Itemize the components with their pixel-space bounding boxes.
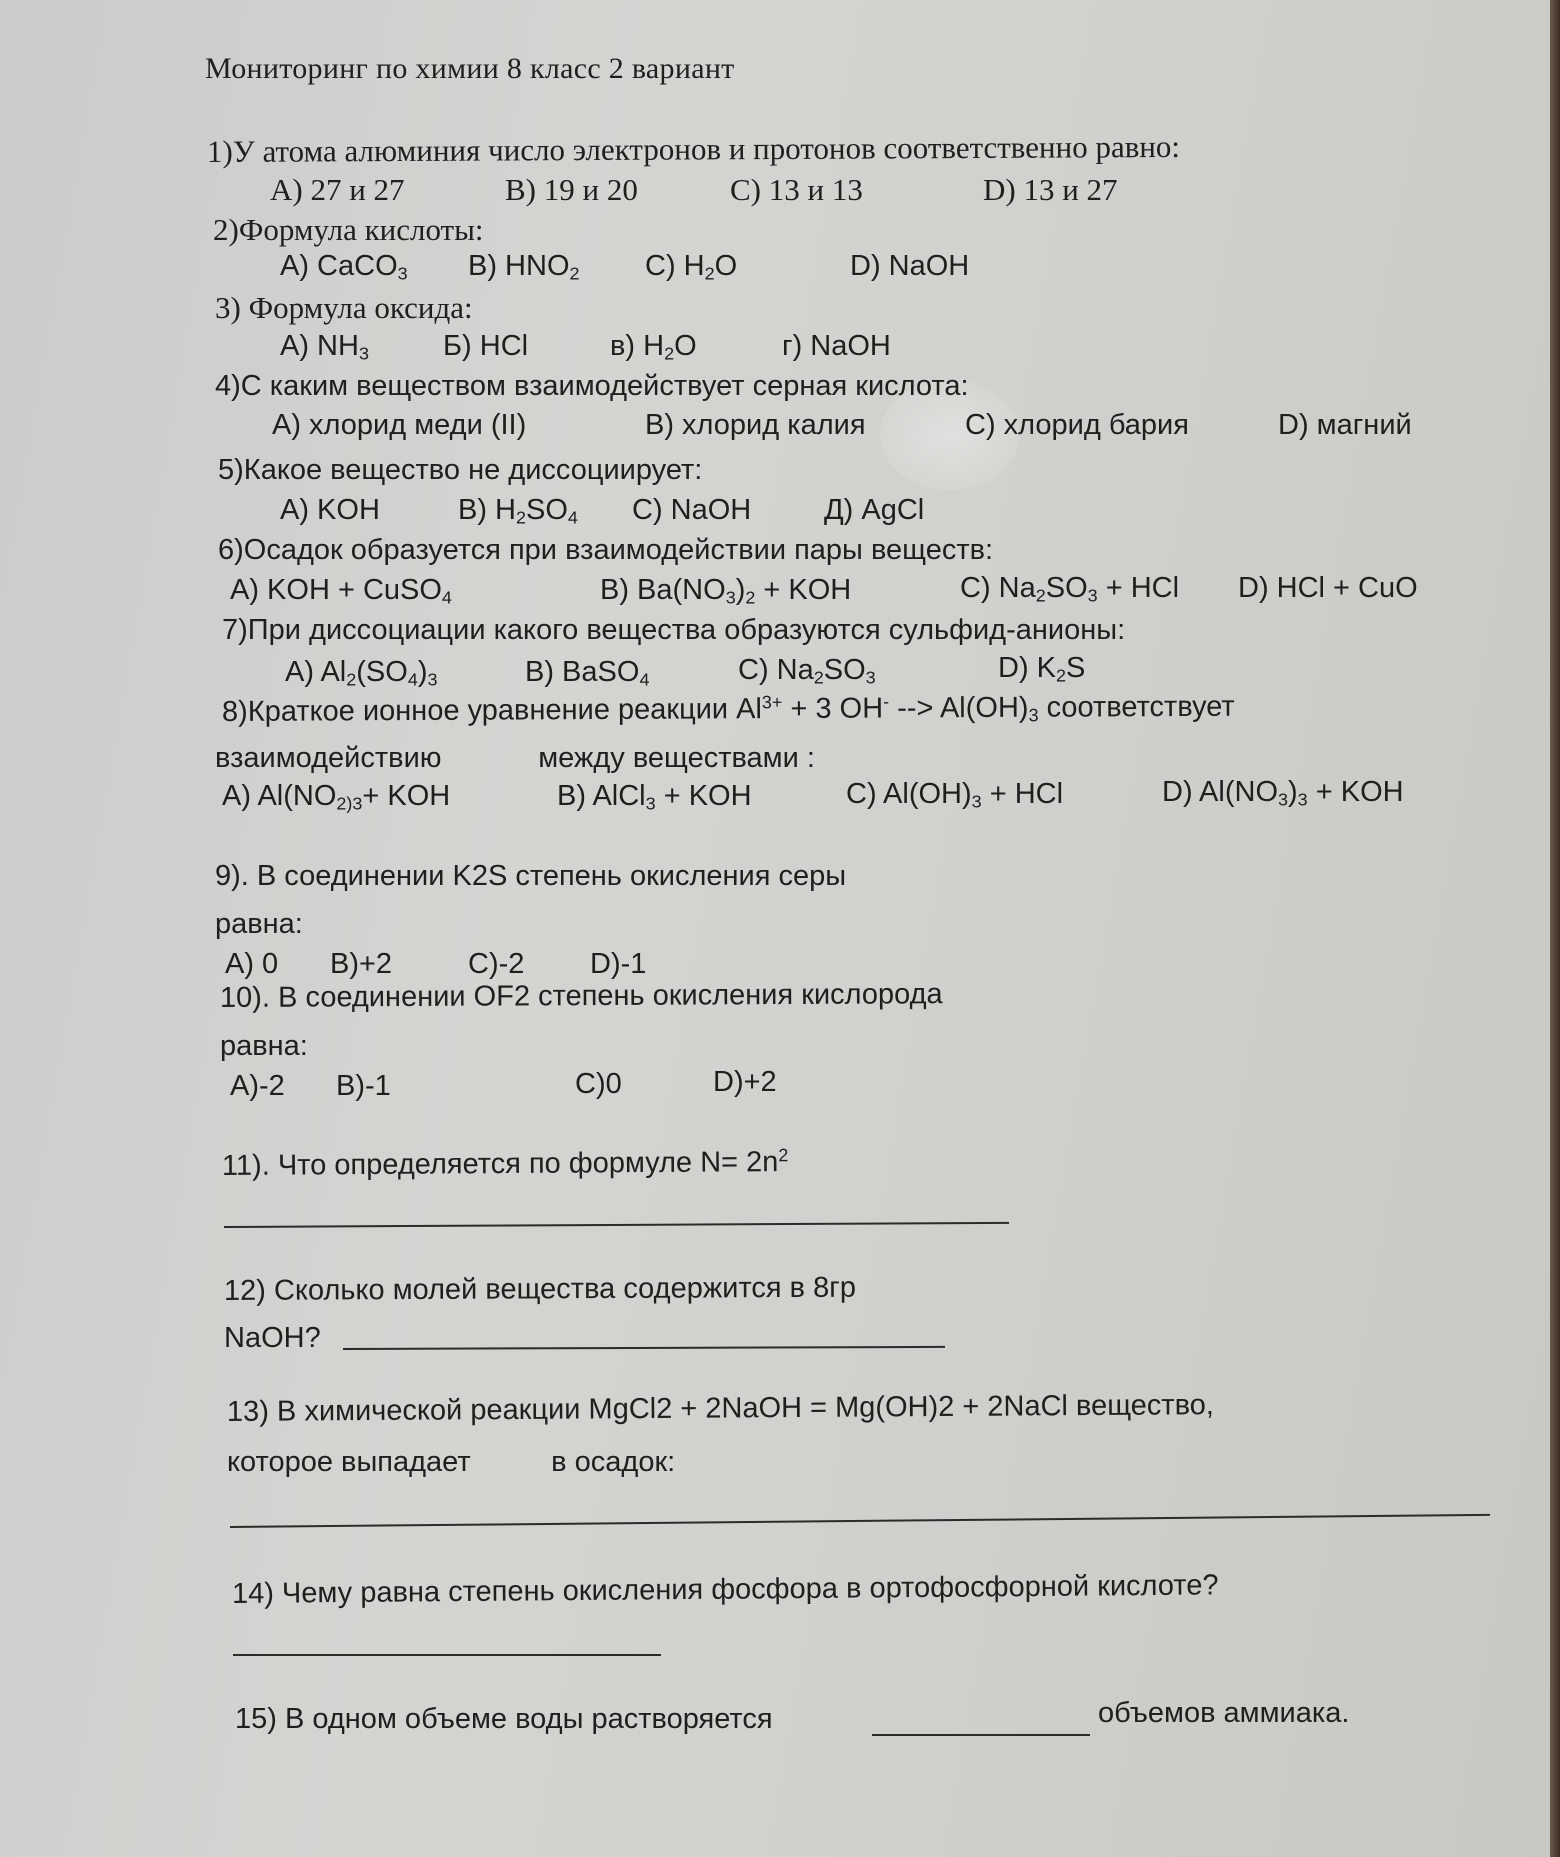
question-number: 6) <box>218 534 244 566</box>
question-13-line2: которое выпадает в осадок: <box>227 1446 675 1479</box>
answer-blank-11[interactable] <box>224 1222 1009 1228</box>
question-number: 9). <box>215 860 249 892</box>
question-text: В химической реакции MgCl2 + 2NaOH = Mg(… <box>277 1389 1214 1428</box>
question-number: 4) <box>215 370 241 402</box>
question-7: 7)При диссоциации какого вещества образу… <box>222 614 1125 647</box>
table-edge <box>1550 0 1560 1857</box>
option-a[interactable]: A) хлорид меди (II) <box>272 409 526 442</box>
question-number: 10). <box>220 982 270 1014</box>
option-c[interactable]: C) Na2SO3 <box>738 654 876 687</box>
option-c[interactable]: C) 13 и 13 <box>730 172 863 208</box>
question-12-line2: NaOH? <box>224 1322 321 1355</box>
question-3: 3) Формула оксида: <box>215 290 473 326</box>
question-text: В соединении K2S степень окисления серы <box>257 860 846 892</box>
option-a[interactable]: A) Al(NO2)3+ KOH <box>222 780 450 813</box>
question-12: 12) Сколько молей вещества содержится в … <box>224 1272 856 1308</box>
option-c[interactable]: C) Na2SO3 + HCl <box>960 572 1179 605</box>
question-text: Формула кислоты: <box>239 212 484 247</box>
option-b[interactable]: Б) HCl <box>443 330 528 363</box>
question-number: 13) <box>227 1396 269 1428</box>
option-b[interactable]: B) HNO2 <box>468 250 580 283</box>
question-text: При диссоциации какого вещества образуют… <box>248 614 1125 646</box>
question-number: 14) <box>232 1578 274 1610</box>
option-b[interactable]: B)-1 <box>336 1070 391 1103</box>
option-b[interactable]: B) AlCl3 + KOH <box>557 780 752 813</box>
option-c[interactable]: C)-2 <box>468 948 524 981</box>
question-1: 1)У атома алюминия число электронов и пр… <box>207 129 1180 170</box>
answer-blank-12[interactable] <box>343 1346 945 1350</box>
option-b[interactable]: B) хлорид калия <box>645 409 866 442</box>
question-11: 11). Что определяется по формуле N= 2n2 <box>222 1146 789 1183</box>
question-text: У атома алюминия число электронов и прот… <box>233 129 1180 169</box>
option-c[interactable]: C) хлорид бария <box>965 409 1189 442</box>
option-d[interactable]: D) K2S <box>998 652 1085 685</box>
option-d[interactable]: D)+2 <box>713 1066 777 1099</box>
option-b[interactable]: B) Ba(NO3)2 + KOH <box>600 574 851 607</box>
question-text: Сколько молей вещества содержится в 8гр <box>274 1272 856 1307</box>
option-b[interactable]: B) H2SO4 <box>458 494 578 527</box>
question-9-line2: равна: <box>215 908 303 941</box>
question-number: 2) <box>213 212 239 247</box>
answer-blank-13[interactable] <box>230 1514 1490 1528</box>
question-number: 11). <box>222 1150 270 1182</box>
option-d[interactable]: D) HCl + CuO <box>1238 572 1418 605</box>
question-number: 12) <box>224 1275 266 1307</box>
question-10-line2: равна: <box>220 1030 308 1063</box>
option-a[interactable]: A) 0 <box>225 948 278 981</box>
question-10: 10). В соединении OF2 степень окисления … <box>220 978 943 1015</box>
question-number: 3) <box>215 290 241 325</box>
option-a[interactable]: A)-2 <box>230 1070 285 1103</box>
option-d[interactable]: D) Al(NO3)3 + KOH <box>1162 776 1404 809</box>
question-number: 15) <box>235 1703 277 1735</box>
question-15-tail: объемов аммиака. <box>1098 1697 1349 1730</box>
question-number: 1) <box>207 134 233 169</box>
option-b[interactable]: B)+2 <box>330 948 392 981</box>
option-d[interactable]: D)-1 <box>590 948 646 981</box>
option-b[interactable]: B) BaSO4 <box>525 656 649 689</box>
question-15: 15) В одном объеме воды растворяется <box>235 1703 773 1736</box>
question-text: В соединении OF2 степень окисления кисло… <box>278 978 943 1013</box>
question-number: 5) <box>218 454 244 486</box>
question-number: 7) <box>222 614 248 646</box>
option-a[interactable]: A) KOH + CuSO4 <box>230 574 452 607</box>
option-c[interactable]: C)0 <box>575 1068 622 1101</box>
option-a[interactable]: A) KOH <box>280 494 380 527</box>
option-c[interactable]: в) H2O <box>610 330 697 363</box>
question-8: 8)Краткое ионное уравнение реакции Al3+ … <box>222 691 1235 729</box>
option-d[interactable]: D) NaOH <box>850 250 969 283</box>
option-c[interactable]: C) H2O <box>645 250 737 283</box>
option-b[interactable]: B) 19 и 20 <box>505 172 638 208</box>
option-d[interactable]: Д) AgCl <box>824 494 924 527</box>
option-d[interactable]: г) NaOH <box>782 330 891 363</box>
question-text: С каким веществом взаимодействует серная… <box>241 370 969 402</box>
answer-blank-14[interactable] <box>233 1654 661 1656</box>
question-text: Формула оксида: <box>249 290 473 325</box>
question-number: 8) <box>222 696 248 728</box>
answer-blank-15[interactable] <box>872 1734 1090 1736</box>
option-a[interactable]: A) NH3 <box>280 330 369 363</box>
question-text: Какое вещество не диссоциирует: <box>244 454 703 486</box>
option-a[interactable]: A) Al2(SO4)3 <box>285 656 437 689</box>
question-8-line2: взаимодействию между веществами : <box>215 742 815 775</box>
option-a[interactable]: A) CaCO3 <box>280 250 408 283</box>
option-d[interactable]: D) магний <box>1278 409 1412 442</box>
option-c[interactable]: C) NaOH <box>632 494 751 527</box>
question-text: Осадок образуется при взаимодействии пар… <box>244 534 993 566</box>
question-text: Чему равна степень окисления фосфора в о… <box>282 1569 1219 1609</box>
question-2: 2)Формула кислоты: <box>213 212 484 248</box>
option-d[interactable]: D) 13 и 27 <box>983 172 1118 208</box>
question-text: В одном объеме воды растворяется <box>285 1703 773 1735</box>
option-a[interactable]: A) 27 и 27 <box>270 172 405 208</box>
question-4: 4)С каким веществом взаимодействует серн… <box>215 370 969 403</box>
question-14: 14) Чему равна степень окисления фосфора… <box>232 1569 1219 1611</box>
question-9: 9). В соединении K2S степень окисления с… <box>215 860 846 893</box>
question-5: 5)Какое вещество не диссоциирует: <box>218 454 702 487</box>
option-c[interactable]: C) Al(OH)3 + HCl <box>846 778 1063 811</box>
question-6: 6)Осадок образуется при взаимодействии п… <box>218 534 993 567</box>
question-13: 13) В химической реакции MgCl2 + 2NaOH =… <box>227 1389 1214 1429</box>
document-title: Мониторинг по химии 8 класс 2 вариант <box>205 52 735 86</box>
